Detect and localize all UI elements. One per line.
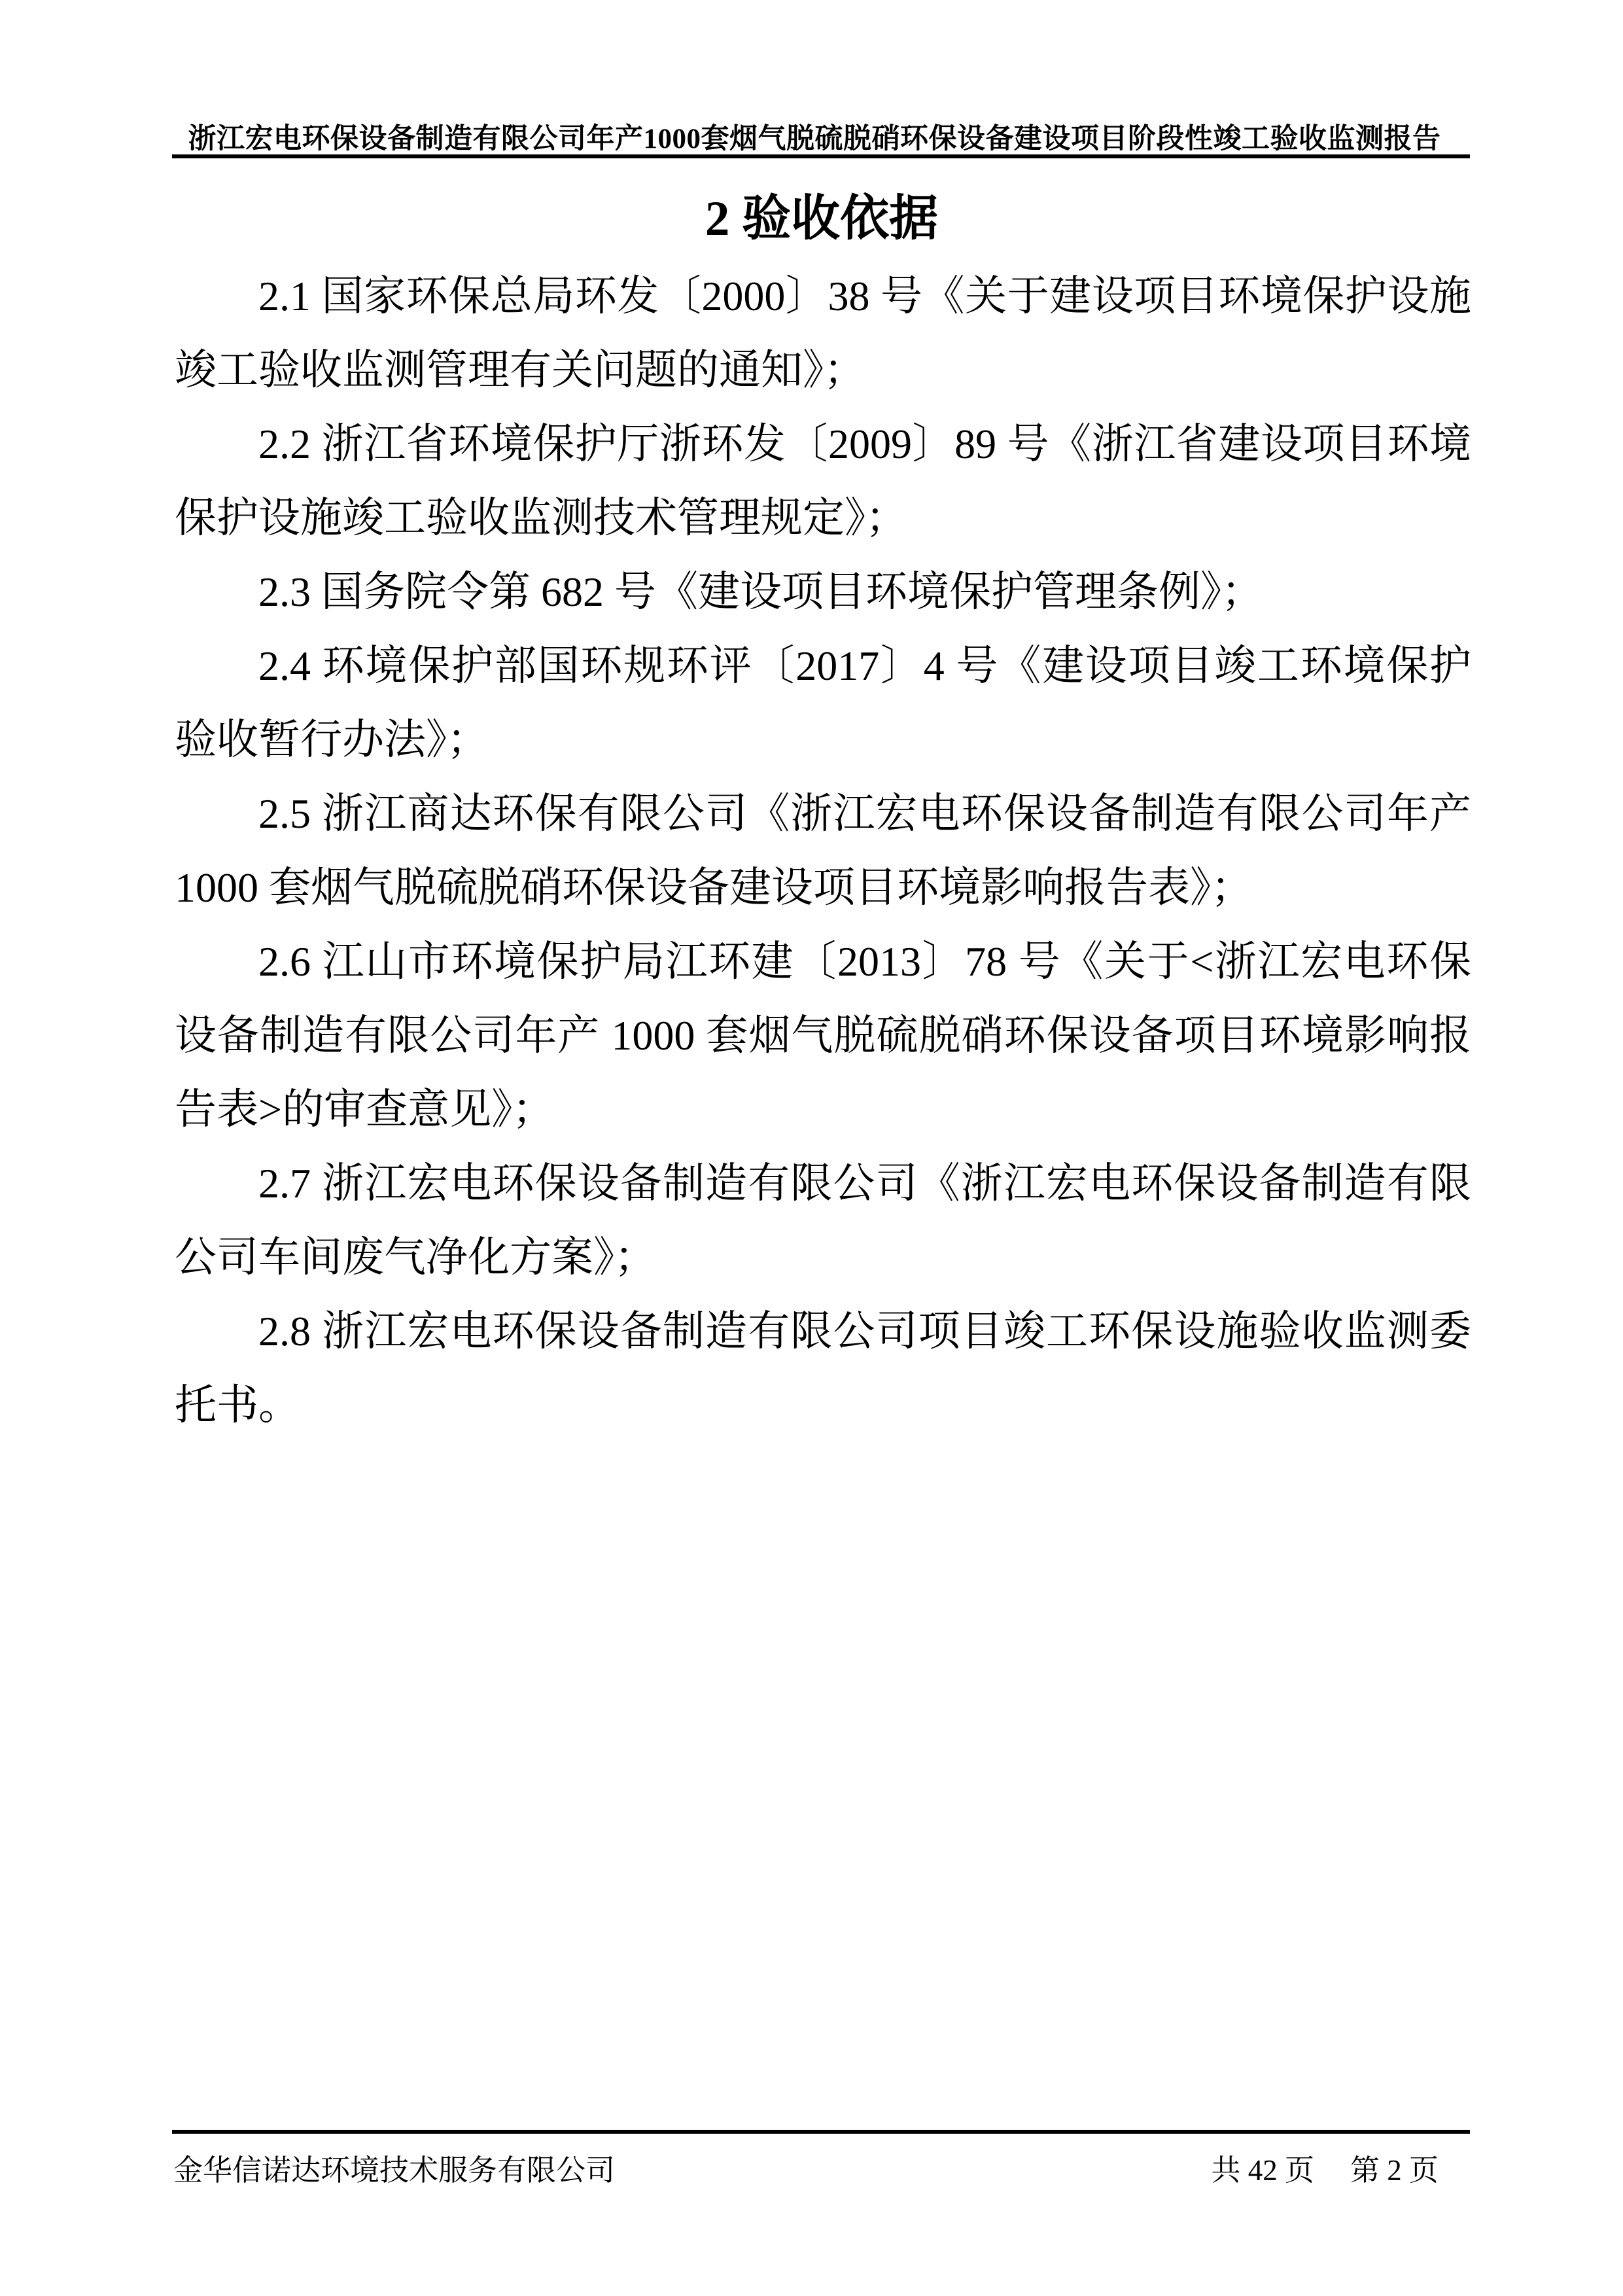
footer-page-number: 第 2 页 — [1350, 2146, 1439, 2189]
paragraph-2-3: 2.3 国务院令第 682 号《建设项目环境保护管理条例》； — [175, 555, 1471, 629]
paragraph-2-6: 2.6 江山市环境保护局江环建〔2013〕78 号《关于<浙江宏电环保设备制造有… — [175, 925, 1471, 1146]
page-header-title: 浙江宏电环保设备制造有限公司年产1000套烟气脱硫脱硝环保设备建设项目阶段性竣工… — [157, 116, 1472, 156]
paragraph-2-5: 2.5 浙江商达环保有限公司《浙江宏电环保设备制造有限公司年产 1000 套烟气… — [175, 777, 1471, 925]
paragraph-2-8: 2.8 浙江宏电环保设备制造有限公司项目竣工环保设施验收监测委托书。 — [175, 1294, 1471, 1442]
body-paragraphs: 2.1 国家环保总局环发〔2000〕38 号《关于建设项目环境保护设施竣工验收监… — [175, 259, 1471, 1442]
footer-rule — [172, 2130, 1470, 2134]
document-page: 浙江宏电环保设备制造有限公司年产1000套烟气脱硫脱硝环保设备建设项目阶段性竣工… — [0, 0, 1623, 2296]
paragraph-2-7: 2.7 浙江宏电环保设备制造有限公司《浙江宏电环保设备制造有限公司车间废气净化方… — [175, 1146, 1471, 1294]
section-heading: 2 验收依据 — [173, 191, 1470, 247]
paragraph-2-2: 2.2 浙江省环境保护厅浙环发〔2009〕89 号《浙江省建设项目环境保护设施竣… — [175, 407, 1471, 555]
page-footer: 金华信诺达环境技术服务有限公司 共 42 页 第 2 页 — [173, 2146, 1470, 2189]
header-rule — [172, 154, 1470, 158]
footer-page-count: 共 42 页 — [1211, 2146, 1314, 2189]
footer-company: 金华信诺达环境技术服务有限公司 — [173, 2146, 615, 2189]
footer-page-info: 共 42 页 第 2 页 — [1211, 2146, 1470, 2189]
paragraph-2-1: 2.1 国家环保总局环发〔2000〕38 号《关于建设项目环境保护设施竣工验收监… — [175, 259, 1471, 407]
paragraph-2-4: 2.4 环境保护部国环规环评〔2017〕4 号《建设项目竣工环境保护验收暂行办法… — [175, 629, 1471, 777]
